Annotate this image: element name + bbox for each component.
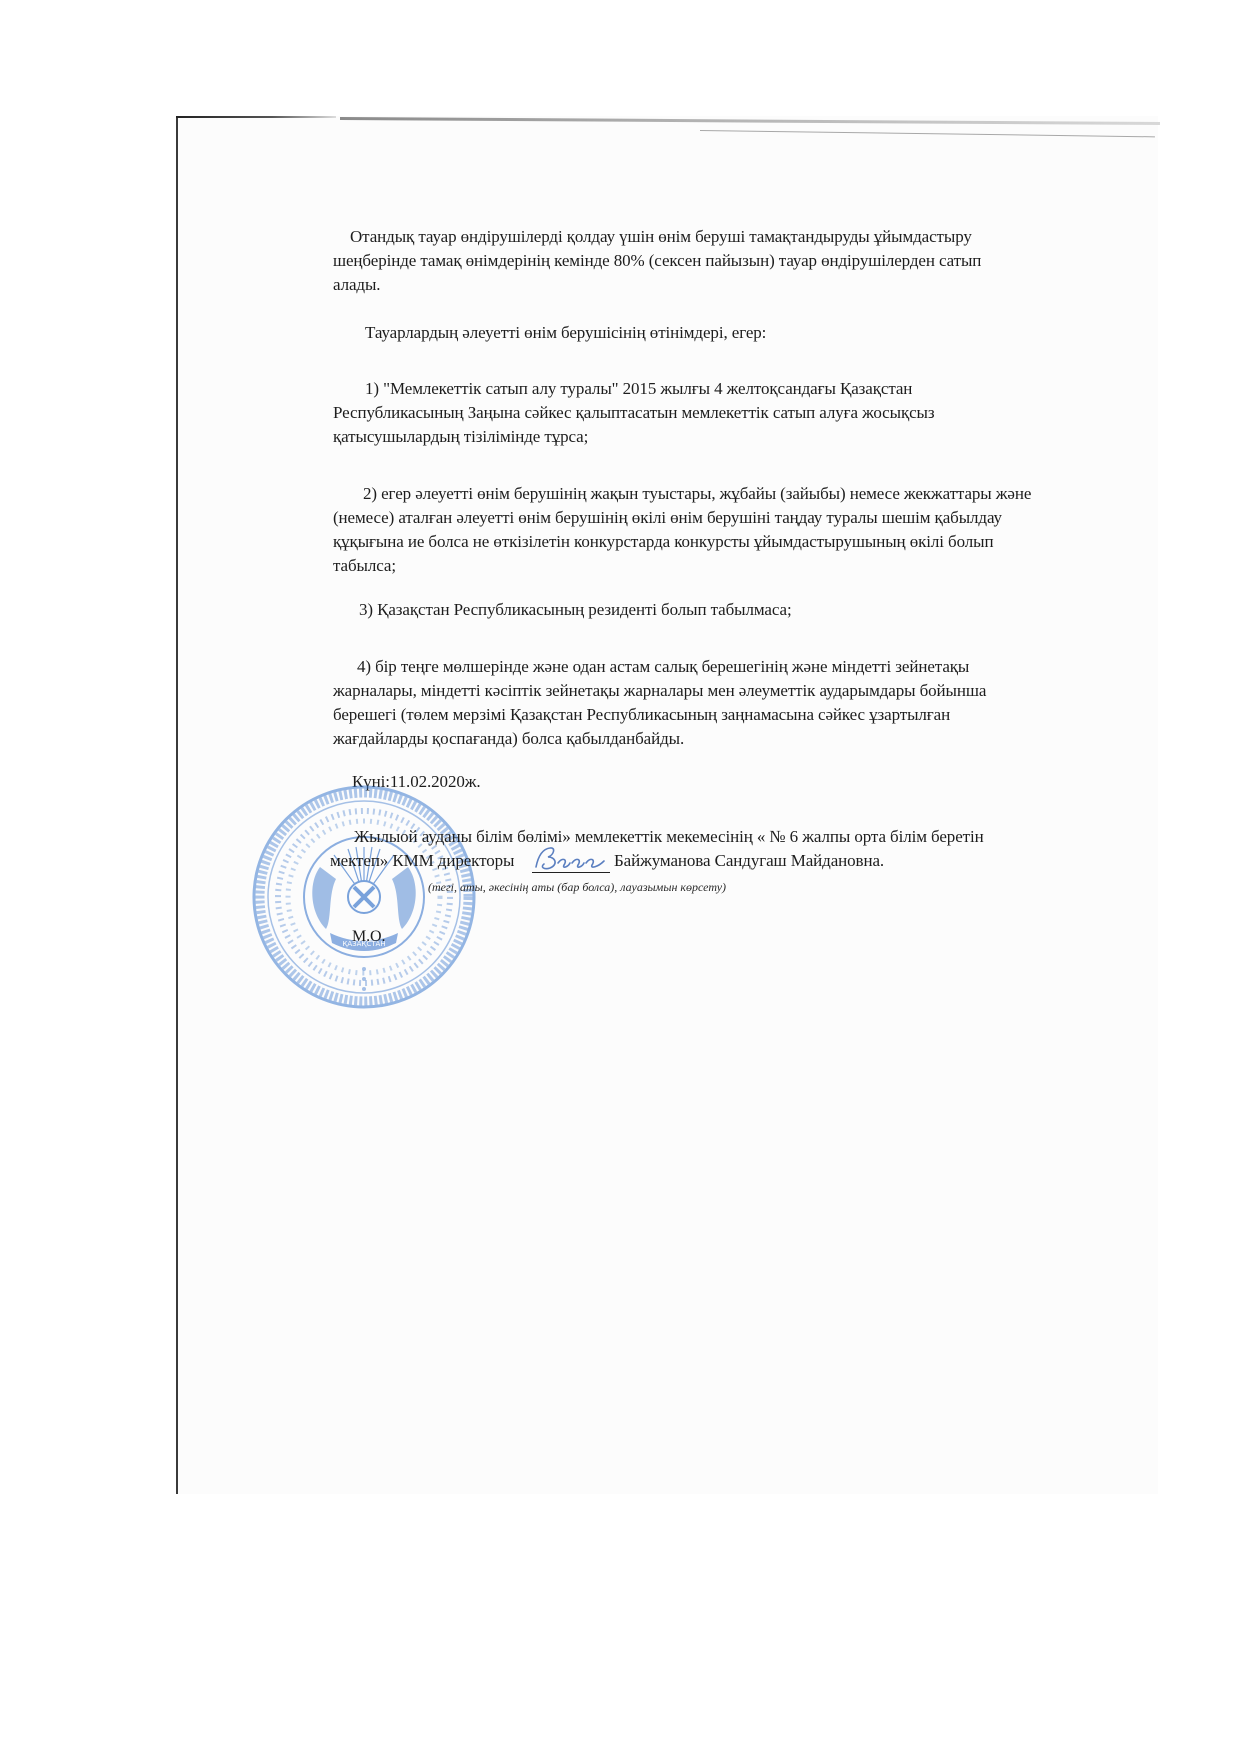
- item-4-line-4: жағдайларды қоспағанда) болса қабылданба…: [333, 728, 684, 750]
- item-2-line-2: (немесе) аталған әлеуетті өнім берушінің…: [333, 507, 1002, 529]
- handwritten-signature: [528, 843, 610, 873]
- item-2-line-1: 2) егер әлеуетті өнім берушінің жақын ту…: [363, 483, 1031, 505]
- item-4-line-1: 4) бір теңге мөлшерінде және одан астам …: [357, 656, 969, 678]
- item-1-line-2: Республикасының Заңына сәйкес қалыптасат…: [333, 402, 935, 424]
- item-1-line-1: 1) "Мемлекеттік сатып алу туралы" 2015 ж…: [365, 378, 912, 400]
- item-4-line-3: берешегі (төлем мерзімі Қазақстан Респуб…: [333, 704, 950, 726]
- signatory-line-1: Жылыой ауданы білім бөлімі» мемлекеттік …: [354, 826, 984, 848]
- lead-sentence: Тауарлардың әлеуетті өнім берушісінің өт…: [365, 322, 766, 344]
- signatory-title: мектеп» КММ директоры: [330, 850, 514, 872]
- item-4-line-2: жарналары, міндетті кәсіптік зейнетақы ж…: [333, 680, 986, 702]
- stamp-placement-label: М.О.: [352, 926, 385, 948]
- item-2-line-3: құқығына ие болса не өткізілетін конкурс…: [333, 531, 993, 553]
- signature-line: [532, 872, 610, 873]
- date-line: Күні:11.02.2020ж.: [352, 771, 481, 793]
- item-2-line-4: табылса;: [333, 555, 396, 577]
- signatory-caption: (тегі, аты, әкесінің аты (бар болса), ла…: [428, 880, 726, 895]
- scan-edge-top: [176, 116, 336, 118]
- item-3-line-1: 3) Қазақстан Республикасының резиденті б…: [359, 599, 792, 621]
- signatory-name: Байжуманова Сандугаш Майдановна.: [614, 850, 884, 872]
- intro-line-1: Отандық тауар өндірушілерді қолдау үшін …: [350, 226, 972, 248]
- item-1-line-3: қатысушылардың тізілімінде тұрса;: [333, 426, 588, 448]
- intro-line-3: алады.: [333, 274, 380, 296]
- intro-line-2: шеңберінде тамақ өнімдерінің кемінде 80%…: [333, 250, 981, 272]
